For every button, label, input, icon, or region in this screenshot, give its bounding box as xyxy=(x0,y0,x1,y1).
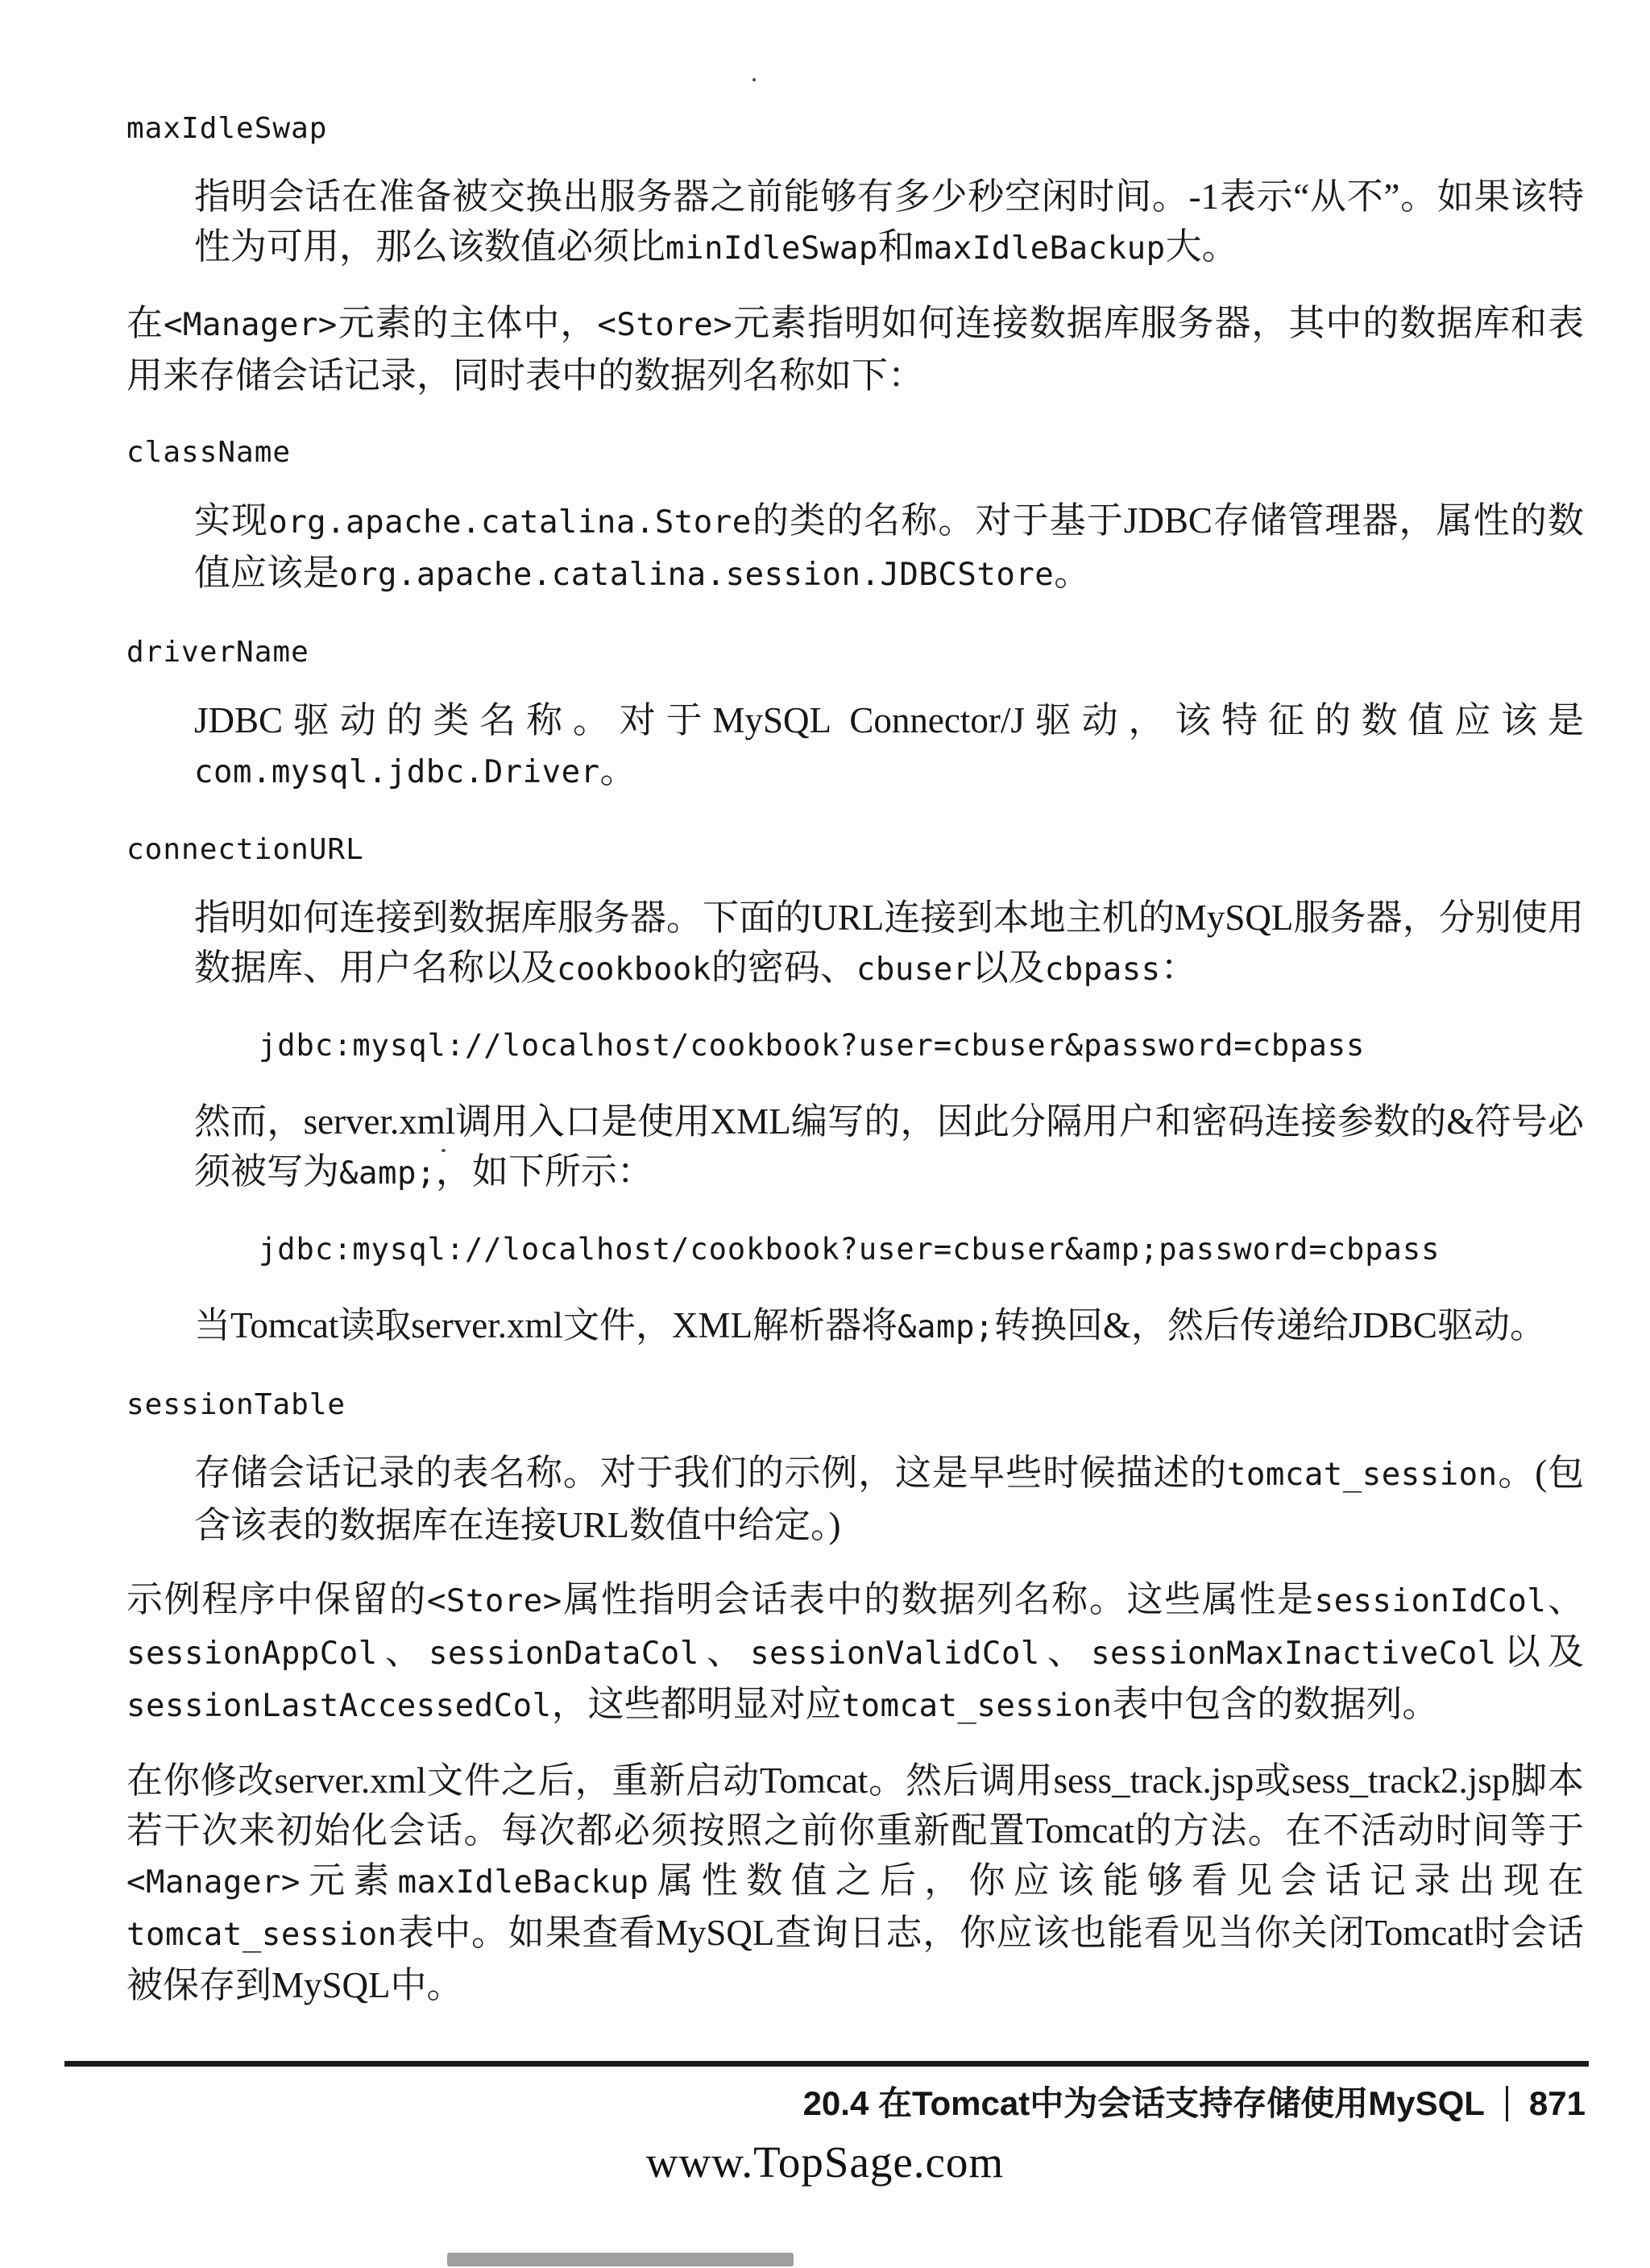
inline-code: <Manager> xyxy=(164,307,338,343)
inline-code: <Store> xyxy=(427,1583,562,1619)
jdbc-url-amp-code: jdbc:mysql://localhost/cookbook?user=cbu… xyxy=(259,1231,1584,1268)
text-run: ，这些都明显对应 xyxy=(552,1684,842,1724)
page-content: maxIdleSwap 指明会话在准备被交换出服务器之前能够有多少秒空闲时间。-… xyxy=(0,0,1650,2010)
text-run: 属性数值之后，你应该能够看见会话记录出现在 xyxy=(649,1860,1584,1901)
text-run: 。 xyxy=(1054,553,1090,593)
scan-speck xyxy=(442,1149,446,1152)
inline-code: cookbook xyxy=(557,952,711,988)
watermark: www.TopSage.com xyxy=(0,2137,1650,2187)
text-run: ： xyxy=(1161,947,1197,988)
text-run: 当Tomcat读取server.xml文件，XML解析器将 xyxy=(194,1305,898,1345)
text-run: 表中包含的数据列。 xyxy=(1112,1684,1438,1724)
store-element-paragraph: 在<Manager>元素的主体中，<Store>元素指明如何连接数据库服务器，其… xyxy=(126,298,1584,400)
inline-code: com.mysql.jdbc.Driver xyxy=(194,754,600,790)
text-run: 。 xyxy=(600,750,636,790)
text-run: 属性指明会话表中的数据列名称。这些属性是 xyxy=(562,1579,1315,1619)
inline-code: cbpass xyxy=(1045,952,1161,988)
term-sessiontable: sessionTable xyxy=(126,1387,1584,1424)
text-run: 在 xyxy=(126,303,164,343)
term-drivername: driverName xyxy=(126,634,1584,671)
text-run: 存储会话记录的表名称。对于我们的示例，这是早些时候描述的 xyxy=(194,1453,1227,1493)
inline-code: org.apache.catalina.session.JDBCStore xyxy=(339,557,1054,593)
inline-code: sessionLastAccessedCol xyxy=(126,1688,552,1724)
inline-code: sessionDataCol xyxy=(429,1636,699,1672)
text-run: ，如下所示： xyxy=(436,1151,653,1192)
text-run: 和 xyxy=(878,226,914,267)
term-connectionurl: connectionURL xyxy=(126,831,1584,869)
xml-parser-paragraph: 当Tomcat读取server.xml文件，XML解析器将&amp;转换回&，然… xyxy=(194,1300,1584,1353)
inline-code: minIdleSwap xyxy=(665,230,878,267)
inline-code: tomcat_session xyxy=(842,1688,1113,1724)
inline-code: sessionMaxInactiveCol xyxy=(1091,1636,1497,1672)
inline-code: <Store> xyxy=(597,307,732,343)
term-classname: className xyxy=(126,434,1584,471)
inline-code: cbuser xyxy=(856,952,972,988)
inline-code: sessionAppCol xyxy=(126,1636,378,1672)
text-run: 示例程序中保留的 xyxy=(126,1579,427,1619)
text-run: 在你修改server.xml文件之后，重新启动Tomcat。然后调用sess_t… xyxy=(126,1760,1584,1851)
book-page: maxIdleSwap 指明会话在准备被交换出服务器之前能够有多少秒空闲时间。-… xyxy=(0,0,1650,2268)
text-run: 实现 xyxy=(194,500,268,541)
store-attributes-paragraph: 示例程序中保留的<Store>属性指明会话表中的数据列名称。这些属性是sessi… xyxy=(126,1574,1584,1731)
inline-code: &amp; xyxy=(898,1309,994,1345)
classname-description: 实现org.apache.catalina.Store的类的名称。对于基于JDB… xyxy=(194,495,1584,600)
inline-code: sessionValidCol xyxy=(750,1636,1040,1672)
drivername-description: JDBC驱动的类名称。对于MySQL Connector/J驱动，该特征的数值应… xyxy=(194,695,1584,798)
text-run: 的密码、 xyxy=(711,947,856,988)
maxidleswap-description: 指明会话在准备被交换出服务器之前能够有多少秒空闲时间。-1表示“从不”。如果该特… xyxy=(194,172,1584,274)
sessiontable-description: 存储会话记录的表名称。对于我们的示例，这是早些时候描述的tomcat_sessi… xyxy=(194,1448,1584,1550)
inline-code: tomcat_session xyxy=(126,1917,397,1953)
scan-speck xyxy=(752,78,756,81)
footer-section-ref: 20.4 在Tomcat中为会话支持存储使用MySQL xyxy=(803,2083,1485,2125)
text-run: 、 xyxy=(1546,1579,1584,1619)
connectionurl-description: 指明如何连接到数据库服务器。下面的URL连接到本地主机的MySQL服务器，分别使… xyxy=(194,893,1584,995)
text-run: 以及 xyxy=(972,947,1045,988)
text-run: 以及 xyxy=(1497,1632,1584,1672)
text-run: JDBC驱动的类名称。对于MySQL Connector/J驱动，该特征的数值应… xyxy=(194,700,1584,740)
text-run: 、 xyxy=(378,1632,429,1672)
inline-code: <Manager> xyxy=(126,1864,301,1901)
term-maxidleswap: maxIdleSwap xyxy=(126,110,1584,147)
footer-divider xyxy=(64,2061,1589,2067)
inline-code: tomcat_session xyxy=(1227,1457,1498,1493)
inline-code: maxIdleBackup xyxy=(398,1864,649,1901)
inline-code: &amp; xyxy=(339,1155,436,1192)
inline-code: sessionIdCol xyxy=(1315,1583,1547,1619)
inline-code: org.apache.catalina.Store xyxy=(268,504,752,541)
jdbc-url-code: jdbc:mysql://localhost/cookbook?user=cbu… xyxy=(259,1027,1584,1064)
text-run: 转换回&，然后传递给JDBC驱动。 xyxy=(994,1305,1546,1345)
footer-separator xyxy=(1506,2086,1508,2121)
footer-page-number: 871 xyxy=(1529,2083,1586,2125)
text-run: 大。 xyxy=(1166,226,1238,267)
scan-artifact xyxy=(447,2253,794,2266)
text-run: 元素的主体中， xyxy=(338,303,598,343)
restart-tomcat-paragraph: 在你修改server.xml文件之后，重新启动Tomcat。然后调用sess_t… xyxy=(126,1756,1584,2010)
page-footer: 20.4 在Tomcat中为会话支持存储使用MySQL 871 xyxy=(803,2083,1586,2125)
inline-code: maxIdleBackup xyxy=(914,230,1166,267)
xml-amp-paragraph: 然而，server.xml调用入口是使用XML编写的，因此分隔用户和密码连接参数… xyxy=(194,1097,1584,1199)
text-run: 、 xyxy=(699,1632,750,1672)
text-run: 元素 xyxy=(301,1860,398,1901)
text-run: 、 xyxy=(1040,1632,1091,1672)
